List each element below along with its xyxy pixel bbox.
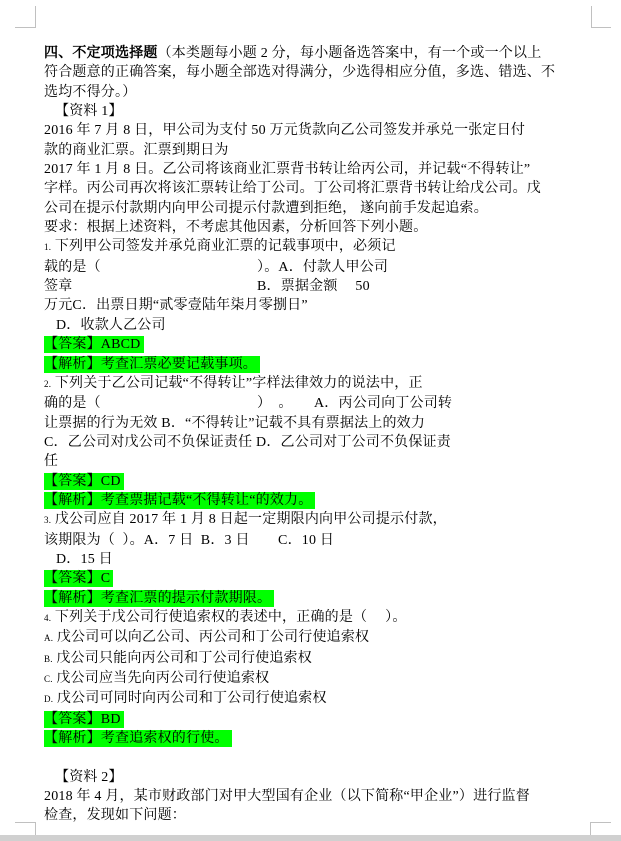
text-segment: 载的是（ ）。A．付款人甲公司 bbox=[44, 260, 388, 275]
text-segment: 该期限为（ ）。A．7 日 B．3 日 C．10 日 bbox=[44, 533, 334, 548]
question-2-stem: 确的是（ ） 。 A．丙公司向丁公司转 bbox=[44, 394, 584, 413]
text-segment: 符合题意的正确答案，每小题全部选对得满分，少选得相应分值，多选、错选、不 bbox=[44, 65, 555, 80]
text-segment: 选均不得分。） bbox=[44, 85, 136, 100]
text-segment: 2017 年 1 月 8 日。乙公司将该商业汇票背书转让给丙公司，并记载“不得转… bbox=[44, 162, 530, 177]
material-1-text: 2016 年 7 月 8 日，甲公司为支付 50 万元货款向乙公司签发并承兑一张… bbox=[44, 121, 584, 140]
question-1-stem: 1. 下列甲公司签发并承兑商业汇票的记载事项中，必须记 bbox=[44, 237, 584, 257]
text-segment: 【资料 1】 bbox=[55, 104, 123, 119]
margin-crop-mark-top-right bbox=[591, 6, 611, 28]
highlighted-text: 【答案】BD bbox=[44, 711, 124, 728]
document-page: 四、不定项选择题（本类题每小题 2 分，每小题备选答案中，有一个或一个以上符合题… bbox=[0, 0, 621, 841]
analysis-2: 【解析】考查票据记载“不得转让“的效力。 bbox=[44, 491, 584, 510]
question-4-option-a: A. 戊公司可以向乙公司、丙公司和丁公司行使追索权 bbox=[44, 628, 584, 648]
text-segment: 下列甲公司签发并承兑商业汇票的记载事项中，必须记 bbox=[51, 239, 396, 254]
highlighted-text: 【答案】ABCD bbox=[44, 336, 144, 353]
text-segment: C．乙公司对戊公司不负保证责任 D．乙公司对丁公司不负保证责 bbox=[44, 435, 451, 450]
margin-crop-mark-bottom-left bbox=[15, 822, 36, 836]
text-segment: 检查，发现如下问题： bbox=[44, 808, 186, 823]
analysis-1: 【解析】考查汇票必要记载事项。 bbox=[44, 355, 584, 374]
answer-4: 【答案】BD bbox=[44, 710, 584, 729]
section-heading-text: 四、不定项选择题 bbox=[44, 46, 158, 61]
material-1-text: 字样。丙公司再次将该汇票转让给丁公司。丁公司将汇票背书转让给戊公司。戊 bbox=[44, 179, 584, 198]
item-marker: D. bbox=[44, 694, 53, 704]
text-segment: 任 bbox=[44, 454, 58, 469]
text-segment: 戊公司只能向丙公司和丁公司行使追索权 bbox=[53, 651, 312, 666]
question-4-option-d: D. 戊公司可同时向丙公司和丁公司行使追索权 bbox=[44, 689, 584, 709]
text-segment: 戊公司可同时向丙公司和丁公司行使追索权 bbox=[53, 691, 327, 706]
section-heading-line-3: 选均不得分。） bbox=[44, 83, 584, 102]
margin-crop-mark-bottom-right bbox=[590, 822, 611, 836]
question-2-options: 让票据的行为无效 B．“不得转让”记载不具有票据法上的效力 bbox=[44, 414, 584, 433]
material-1-label: 【资料 1】 bbox=[44, 102, 584, 121]
page-bottom-edge bbox=[0, 835, 621, 841]
document-content: 四、不定项选择题（本类题每小题 2 分，每小题备选答案中，有一个或一个以上符合题… bbox=[44, 44, 584, 826]
question-1-stem: 载的是（ ）。A．付款人甲公司 bbox=[44, 258, 584, 277]
item-marker: C. bbox=[44, 674, 53, 684]
text-segment: D．收款人乙公司 bbox=[56, 318, 166, 333]
text-segment: 签章 B．票据金额 50 bbox=[44, 279, 370, 294]
question-2-options: 任 bbox=[44, 452, 584, 471]
question-3-options: D．15 日 bbox=[44, 550, 584, 569]
text-segment: 确的是（ ） 。 A．丙公司向丁公司转 bbox=[44, 396, 452, 411]
analysis-4: 【解析】考查追索权的行使。 bbox=[44, 729, 584, 748]
text-segment: 公司在提示付款期内向甲公司提示付款遭到拒绝， 遂向前手发起追索。 bbox=[44, 201, 488, 216]
section-heading-line-2: 符合题意的正确答案，每小题全部选对得满分，少选得相应分值，多选、错选、不 bbox=[44, 63, 584, 82]
analysis-3: 【解析】考查汇票的提示付款期限。 bbox=[44, 589, 584, 608]
text-segment: 要求：根据上述资料，不考虑其他因素，分析回答下列小题。 bbox=[44, 220, 427, 235]
material-1-text: 2017 年 1 月 8 日。乙公司将该商业汇票背书转让给丙公司，并记载“不得转… bbox=[44, 160, 584, 179]
blank-line bbox=[44, 748, 584, 767]
text-segment: 戊公司可以向乙公司、丙公司和丁公司行使追索权 bbox=[53, 630, 369, 645]
margin-crop-mark-top-left bbox=[15, 6, 36, 28]
answer-2: 【答案】CD bbox=[44, 472, 584, 491]
text-segment: 戊公司应自 2017 年 1 月 8 日起一定期限内向甲公司提示付款， bbox=[51, 512, 447, 527]
question-4-stem: 4. 下列关于戊公司行使追索权的表述中，正确的是（ ）。 bbox=[44, 608, 584, 628]
text-segment: 戊公司应当先向丙公司行使追索权 bbox=[53, 671, 270, 686]
material-2-text: 2018 年 4 月，某市财政部门对甲大型国有企业（以下简称“甲企业”）进行监督 bbox=[44, 787, 584, 806]
text-segment: （本类题每小题 2 分，每小题备选答案中，有一个或一个以上 bbox=[158, 46, 542, 61]
answer-1: 【答案】ABCD bbox=[44, 335, 584, 354]
text-segment: 字样。丙公司再次将该汇票转让给丁公司。丁公司将汇票背书转让给戊公司。戊 bbox=[44, 181, 541, 196]
material-1-text: 公司在提示付款期内向甲公司提示付款遭到拒绝， 遂向前手发起追索。 bbox=[44, 199, 584, 218]
highlighted-text: 【解析】考查票据记载“不得转让“的效力。 bbox=[44, 492, 315, 509]
text-segment: 让票据的行为无效 B．“不得转让”记载不具有票据法上的效力 bbox=[44, 416, 425, 431]
question-2-options: C．乙公司对戊公司不负保证责任 D．乙公司对丁公司不负保证责 bbox=[44, 433, 584, 452]
text-segment: 款的商业汇票。汇票到期日为 bbox=[44, 143, 229, 158]
question-2-stem: 2. 下列关于乙公司记载“不得转让”字样法律效力的说法中，正 bbox=[44, 374, 584, 394]
text-segment: D．15 日 bbox=[56, 552, 113, 567]
text-segment: 2018 年 4 月，某市财政部门对甲大型国有企业（以下简称“甲企业”）进行监督 bbox=[44, 789, 530, 804]
highlighted-text: 【解析】考查汇票必要记载事项。 bbox=[44, 356, 260, 373]
question-3-options: 该期限为（ ）。A．7 日 B．3 日 C．10 日 bbox=[44, 531, 584, 550]
question-1-options: 万元C．出票日期“贰零壹陆年柒月零捌日” bbox=[44, 296, 584, 315]
text-segment: 下列关于戊公司行使追索权的表述中，正确的是（ ）。 bbox=[51, 610, 406, 625]
section-heading-line-1: 四、不定项选择题（本类题每小题 2 分，每小题备选答案中，有一个或一个以上 bbox=[44, 44, 584, 63]
text-segment: 2016 年 7 月 8 日，甲公司为支付 50 万元货款向乙公司签发并承兑一张… bbox=[44, 123, 525, 138]
answer-3: 【答案】C bbox=[44, 569, 584, 588]
material-1-text: 款的商业汇票。汇票到期日为 bbox=[44, 141, 584, 160]
item-marker: B. bbox=[44, 654, 53, 664]
question-1-options: D．收款人乙公司 bbox=[44, 316, 584, 335]
text-segment: 【资料 2】 bbox=[55, 770, 123, 785]
text-segment: 下列关于乙公司记载“不得转让”字样法律效力的说法中，正 bbox=[51, 376, 423, 391]
question-4-option-b: B. 戊公司只能向丙公司和丁公司行使追索权 bbox=[44, 649, 584, 669]
highlighted-text: 【答案】C bbox=[44, 570, 113, 587]
material-2-label: 【资料 2】 bbox=[44, 768, 584, 787]
item-marker: A. bbox=[44, 633, 53, 643]
question-4-option-c: C. 戊公司应当先向丙公司行使追索权 bbox=[44, 669, 584, 689]
question-1-options: 签章 B．票据金额 50 bbox=[44, 277, 584, 296]
question-3-stem: 3. 戊公司应自 2017 年 1 月 8 日起一定期限内向甲公司提示付款， bbox=[44, 510, 584, 530]
material-2-text: 检查，发现如下问题： bbox=[44, 806, 584, 825]
highlighted-text: 【解析】考查汇票的提示付款期限。 bbox=[44, 590, 274, 607]
highlighted-text: 【答案】CD bbox=[44, 473, 124, 490]
text-segment: 万元C．出票日期“贰零壹陆年柒月零捌日” bbox=[44, 298, 308, 313]
material-1-requirement: 要求：根据上述资料，不考虑其他因素，分析回答下列小题。 bbox=[44, 218, 584, 237]
highlighted-text: 【解析】考查追索权的行使。 bbox=[44, 730, 232, 747]
